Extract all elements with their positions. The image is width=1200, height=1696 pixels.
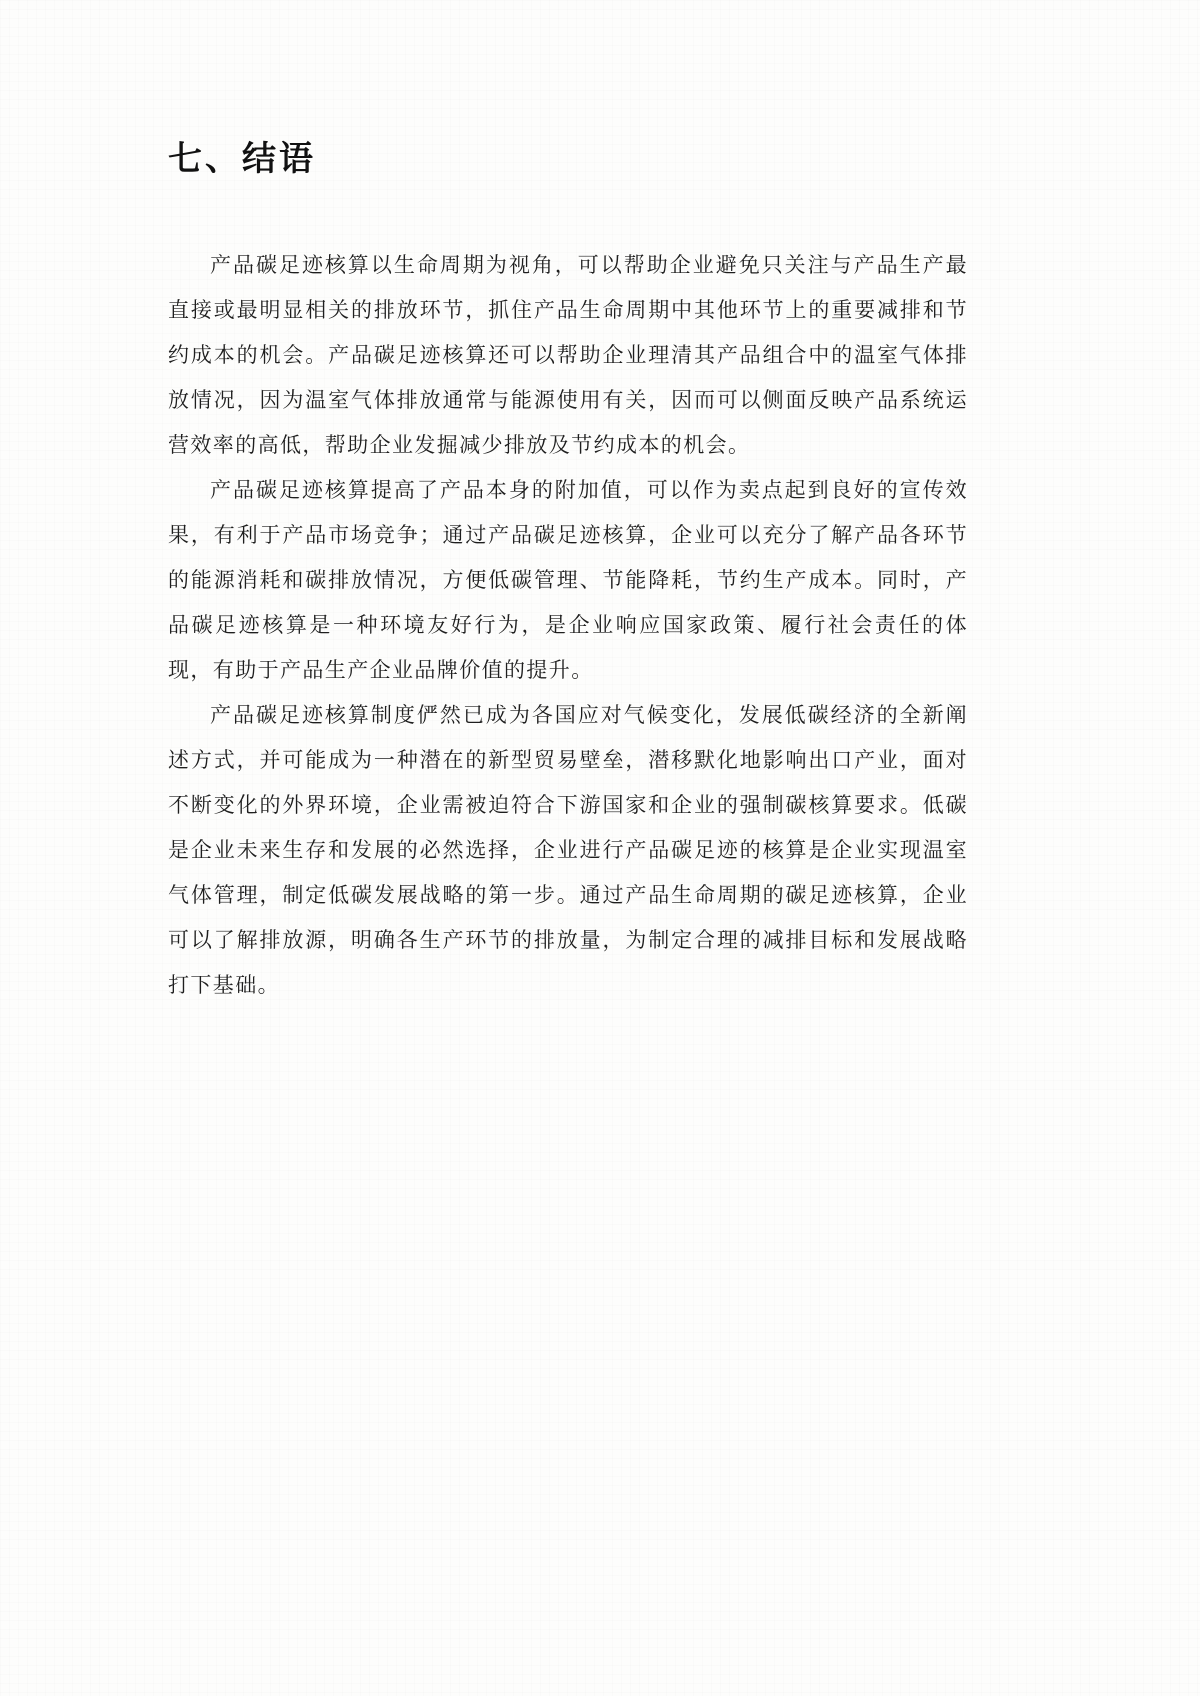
section-heading: 七、结语 — [168, 140, 968, 181]
document-page: 七、结语 产品碳足迹核算以生命周期为视角，可以帮助企业避免只关注与产品生产最直接… — [0, 0, 1200, 1696]
document-content: 七、结语 产品碳足迹核算以生命周期为视角，可以帮助企业避免只关注与产品生产最直接… — [168, 140, 968, 1008]
paragraph-1: 产品碳足迹核算以生命周期为视角，可以帮助企业避免只关注与产品生产最直接或最明显相… — [168, 243, 968, 468]
paragraph-3: 产品碳足迹核算制度俨然已成为各国应对气候变化，发展低碳经济的全新阐述方式，并可能… — [168, 693, 968, 1008]
paragraph-2: 产品碳足迹核算提高了产品本身的附加值，可以作为卖点起到良好的宣传效果，有利于产品… — [168, 468, 968, 693]
